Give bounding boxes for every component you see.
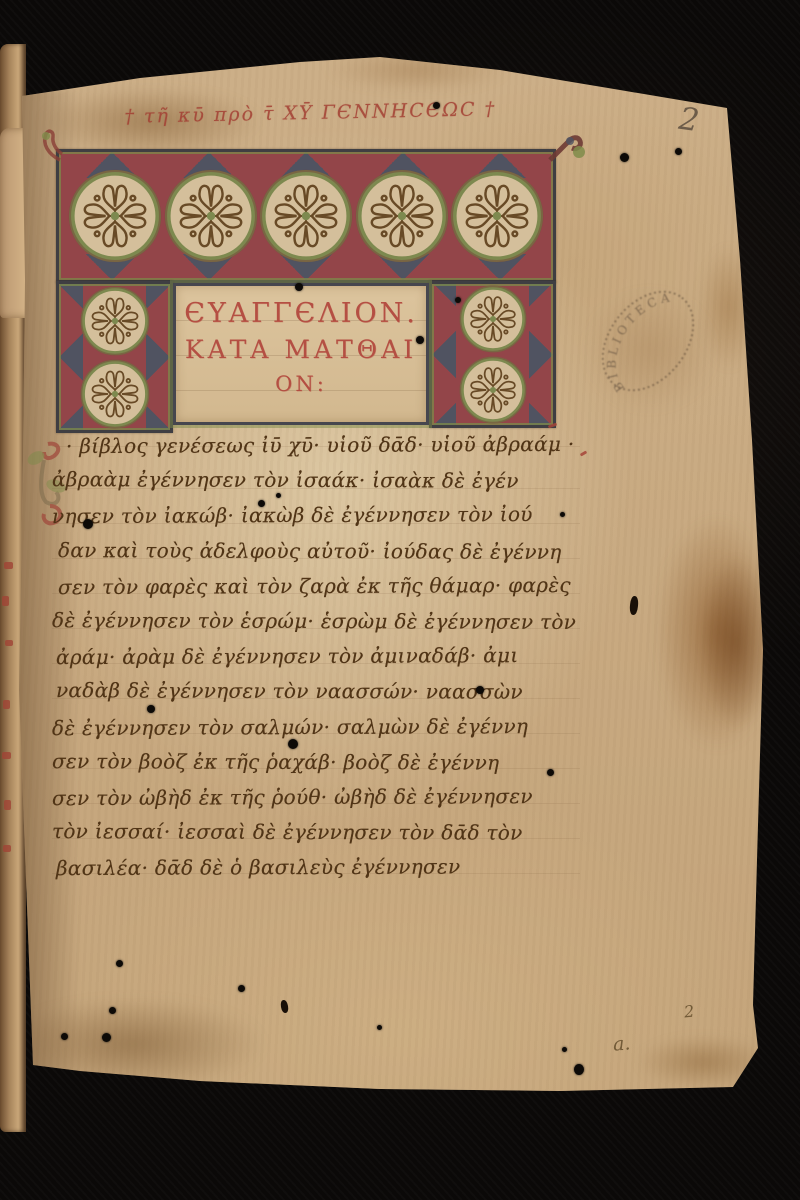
text-line: δὲ ἐγέννησεν τὸν ἑσρώμ· ἑσρὼμ δὲ ἐγέννησ… bbox=[52, 603, 580, 640]
corner-finial-icon bbox=[546, 124, 592, 168]
red-speck bbox=[3, 845, 11, 852]
red-tick bbox=[580, 450, 588, 456]
wormhole bbox=[574, 1064, 584, 1075]
red-speck bbox=[4, 800, 11, 810]
ink-blot bbox=[629, 596, 639, 616]
rosette-ornament bbox=[355, 169, 449, 263]
faint-pencil-mark: 2 bbox=[683, 1002, 695, 1022]
stain bbox=[636, 1036, 771, 1088]
rosette-ornament bbox=[80, 359, 150, 429]
library-stamp: BIBLIOTECA bbox=[561, 253, 734, 428]
wormhole bbox=[562, 1047, 567, 1052]
folio-number: 2 bbox=[675, 101, 731, 157]
headpiece-top-band bbox=[56, 149, 556, 283]
text-line: σεν τὸν φαρὲς καὶ τὸν ζαρὰ ἐκ τῆς θάμαρ·… bbox=[52, 568, 580, 605]
rubric-header: † τῆ κῡ πρὸ τ̄ ΧῩ ΓЄΝΝΗCЄΩC † bbox=[88, 97, 534, 148]
text-line: σεν τὸν βοὸζ ἐκ τῆς ῥαχάβ· βοὸζ δὲ ἐγένν… bbox=[52, 744, 580, 781]
rosette-ornament bbox=[68, 169, 162, 263]
wormhole bbox=[258, 500, 265, 507]
rosette-ornament bbox=[459, 356, 527, 424]
headpiece-title-line: ΟΝ: bbox=[176, 372, 426, 396]
headpiece-right-bar bbox=[429, 281, 556, 428]
red-speck bbox=[4, 562, 13, 569]
stain bbox=[0, 998, 265, 1090]
wormhole bbox=[147, 705, 155, 713]
rosette-ornament bbox=[164, 169, 258, 263]
text-line: νησεν τὸν ἰακώβ· ἰακὼβ δὲ ἐγέννησεν τὸν … bbox=[52, 497, 580, 534]
wormhole bbox=[560, 512, 565, 517]
wormhole bbox=[102, 1033, 111, 1042]
wormhole bbox=[288, 739, 298, 749]
rosette-ornament bbox=[450, 169, 544, 263]
rosette-ornament bbox=[459, 285, 527, 353]
manuscript-photo: † τῆ κῡ πρὸ τ̄ ΧῩ ΓЄΝΝΗCЄΩC † 2 ЄΥΑΓΓЄΛΙ… bbox=[0, 0, 800, 1200]
wormhole bbox=[109, 1007, 116, 1014]
wormhole bbox=[276, 493, 281, 498]
wormhole bbox=[61, 1033, 68, 1040]
gospel-text-block: · βίβλος γενέσεως ἰῡ χῡ· υἱοῦ δᾱδ· υἱοῦ … bbox=[52, 428, 580, 890]
red-speck bbox=[2, 752, 11, 759]
stain bbox=[700, 555, 772, 730]
wormhole bbox=[476, 686, 484, 694]
wormhole bbox=[476, 40, 484, 48]
wormhole bbox=[620, 153, 629, 162]
wormhole bbox=[657, 16, 663, 22]
stain bbox=[325, 48, 510, 92]
wormhole bbox=[455, 297, 461, 303]
ink-blot bbox=[280, 999, 289, 1013]
headpiece-title-panel: ЄΥΑΓΓЄΛΙΟΝ. ΚΑΤΑ ΜΑΤΘΑΙ ΟΝ: bbox=[173, 283, 429, 425]
stain bbox=[655, 515, 780, 750]
text-line: ἀράμ· ἀρὰμ δὲ ἐγέννησεν τὸν ἀμιναδάβ· ἀμ… bbox=[52, 638, 580, 675]
wormhole bbox=[416, 336, 424, 344]
wormhole bbox=[433, 102, 440, 109]
wormhole bbox=[238, 985, 245, 992]
red-speck bbox=[3, 700, 10, 709]
text-line: δὲ ἐγέννησεν τὸν σαλμών· σαλμὼν δὲ ἐγένν… bbox=[52, 708, 580, 745]
red-speck bbox=[5, 640, 13, 646]
wormhole bbox=[547, 769, 554, 776]
text-line: ἀβραὰμ ἐγέννησεν τὸν ἰσαάκ· ἰσαὰκ δὲ ἐγέ… bbox=[52, 462, 580, 499]
headpiece-left-bar bbox=[56, 281, 173, 433]
text-line: ναδὰβ δὲ ἐγέννησεν τὸν ναασσών· ναασσὼν bbox=[52, 673, 580, 710]
text-line: τὸν ἰεσσαί· ἰεσσαὶ δὲ ἐγέννησεν τὸν δᾱδ … bbox=[52, 814, 580, 851]
wormhole bbox=[116, 960, 123, 967]
corner-finial-icon bbox=[26, 126, 66, 166]
rosette-ornament bbox=[259, 169, 353, 263]
headpiece-title-line: ΚΑΤΑ ΜΑΤΘΑΙ bbox=[176, 335, 426, 364]
wormhole bbox=[83, 519, 93, 529]
red-speck bbox=[2, 596, 9, 606]
text-line: βασιλέα· δᾱδ δὲ ὁ βασιλεὺς ἐγέννησεν bbox=[52, 849, 580, 886]
text-line: · βίβλος γενέσεως ἰῡ χῡ· υἱοῦ δᾱδ· υἱοῦ … bbox=[52, 427, 580, 464]
text-line: σεν τὸν ὠβὴδ ἐκ τῆς ῥούθ· ὠβὴδ δὲ ἐγέννη… bbox=[52, 779, 580, 816]
wormhole bbox=[675, 148, 682, 155]
faint-ink-mark: a. bbox=[612, 1032, 631, 1055]
wormhole bbox=[295, 283, 303, 291]
text-line: δαν καὶ τοὺς ἀδελφοὺς αὐτοῦ· ἰούδας δὲ ἐ… bbox=[52, 533, 580, 570]
headpiece-title-line: ЄΥΑΓΓЄΛΙΟΝ. bbox=[176, 298, 426, 329]
rosette-ornament bbox=[80, 286, 150, 356]
parchment-page: † τῆ κῡ πρὸ τ̄ ΧῩ ΓЄΝΝΗCЄΩC † 2 ЄΥΑΓΓЄΛΙ… bbox=[0, 0, 800, 1200]
wormhole bbox=[377, 1025, 382, 1030]
